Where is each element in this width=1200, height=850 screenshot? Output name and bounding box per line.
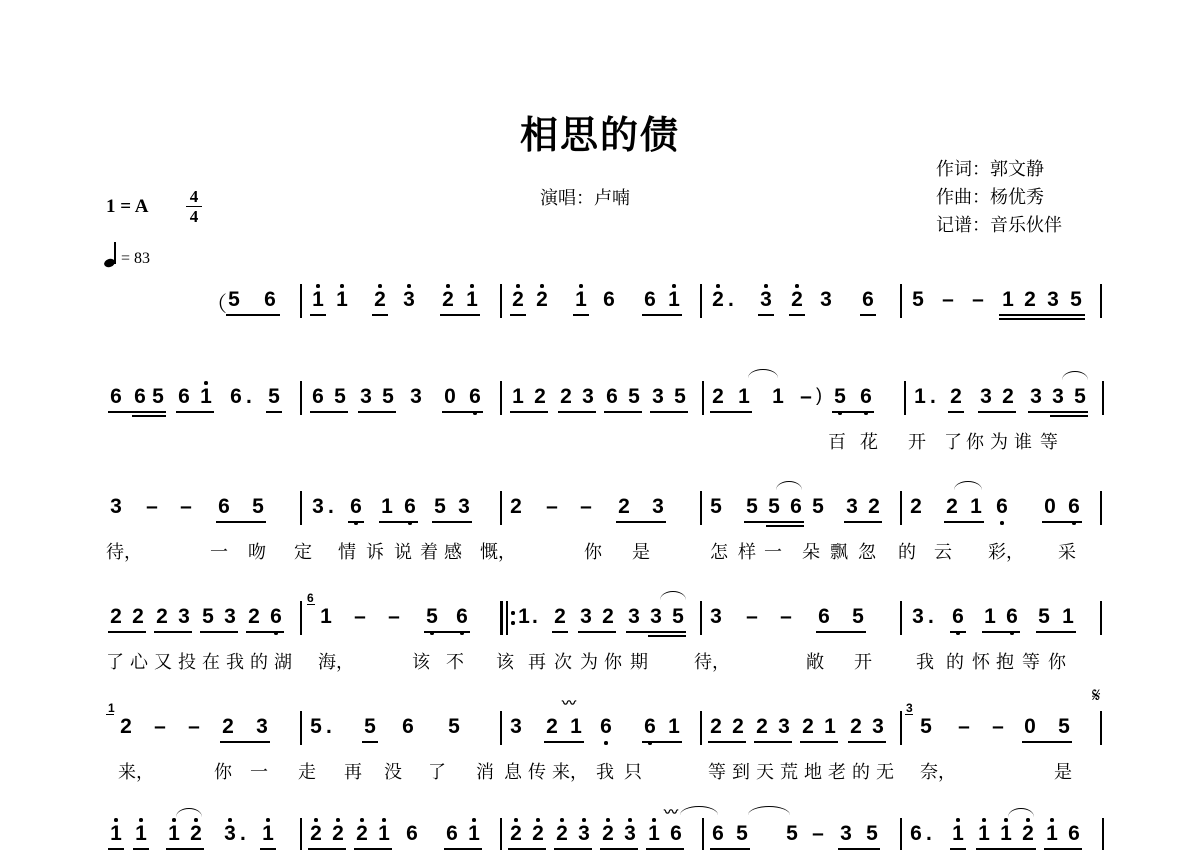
jianpu-note: 5 [250,495,266,519]
barline [904,381,906,415]
slur-mark [1008,808,1034,817]
high-octave-dot [194,818,198,822]
lyric-syllable: 了 [428,758,446,784]
jianpu-note: 6 [404,822,420,846]
high-octave-dot [795,284,799,288]
jianpu-note: 3 [310,495,326,519]
beam-underline [604,411,642,413]
composer-credit: 作曲：杨优秀 [936,184,1062,212]
jianpu-note: 2 [108,605,124,629]
low-octave-dot [1000,521,1004,525]
lyric-syllable: 是 [632,538,650,564]
beam-underline [758,314,774,316]
lyric-syllable: 样 [738,538,756,564]
high-octave-dot [982,818,986,822]
jianpu-note: – [970,288,986,312]
beam-underline [708,741,746,743]
trill-mark: 〰 [562,693,576,713]
lyric-syllable: 着 [420,538,438,564]
high-octave-dot [172,818,176,822]
beam-underline [950,848,966,850]
lyric-syllable: 不 [446,648,464,674]
beam-underline [650,411,688,413]
lyricist-credit: 作词：郭文静 [936,156,1062,184]
dot-duration: . [926,822,932,846]
jianpu-note: 2 [944,495,960,519]
high-octave-dot [407,284,411,288]
lyric-syllable: 次 [554,648,572,674]
beam-underline [578,631,616,633]
jianpu-note: 1 [108,822,124,846]
jianpu-note: 3 [576,822,592,846]
jianpu-note: 2 [710,288,726,312]
jianpu-note: 6 [108,385,124,409]
lyric-syllable: 海， [318,648,354,674]
jianpu-note: 3 [818,288,834,312]
lyric-syllable: 地 [804,758,822,784]
beam-underline [220,741,270,743]
beam-underline [308,848,346,850]
beam-underline [754,741,792,743]
lyric-syllable: 飘 [830,538,848,564]
lyric-syllable: 慨， [480,538,516,564]
barline [700,601,702,635]
jianpu-note: 3 [626,605,642,629]
beam-underline [544,741,584,743]
jianpu-note: 2 [154,605,170,629]
jianpu-note: 3 [648,605,664,629]
dot-duration: . [728,288,734,312]
transcriber-credit: 记谱：音乐伙伴 [936,212,1062,240]
beam-underline [310,411,348,413]
high-octave-dot [516,284,520,288]
beam-underline [558,411,596,413]
jianpu-note: 2 [789,288,805,312]
lyric-syllable: 开 [854,648,872,674]
jianpu-note: 2 [534,288,550,312]
jianpu-note: 6 [467,385,483,409]
jianpu-note: – [544,495,560,519]
jianpu-note: 3 [910,605,926,629]
lyric-syllable: 百 [828,428,846,454]
jianpu-note: 5 [1072,385,1088,409]
dot-duration: . [326,715,332,739]
beam-underline [816,631,866,633]
trill-mark: 〰 [664,802,678,822]
jianpu-note: 2 [616,495,632,519]
high-octave-dot [764,284,768,288]
jianpu-note: 3 [1028,385,1044,409]
repeat-dot [511,611,515,615]
lyric-syllable: 抱 [996,648,1014,674]
jianpu-note: 6 [1066,822,1082,846]
jianpu-note: 6 [216,495,232,519]
beam-underline [710,411,752,413]
jianpu-note: 5 [424,605,440,629]
jianpu-note: 1 [998,822,1014,846]
beam-underline [766,525,804,527]
jianpu-note: 1 [568,715,584,739]
jianpu-note: 3 [758,288,774,312]
jianpu-note: 1 [912,385,928,409]
high-octave-dot [139,818,143,822]
jianpu-note: 6 [788,495,804,519]
beam-underline [860,314,876,316]
lyric-syllable: 情 [338,538,356,564]
time-signature-bottom: 4 [186,208,202,225]
lyric-syllable: 来， [118,758,154,784]
barline [1102,381,1104,415]
jianpu-note: – [940,288,956,312]
jianpu-note: 6 [400,715,416,739]
beam-underline [176,411,214,413]
beam-underline [832,411,874,413]
beam-underline [789,314,805,316]
lyric-syllable: 怀 [972,648,990,674]
slur-mark [748,806,790,815]
jianpu-note: 6 [348,495,364,519]
beam-underline [440,314,480,316]
jianpu-note: 5 [1068,288,1084,312]
lyric-syllable: 等 [708,758,726,784]
segno-icon: 𝄋 [1092,683,1101,707]
lyric-syllable: 消 [476,758,494,784]
high-octave-dot [378,284,382,288]
high-octave-dot [1004,818,1008,822]
slur-mark [680,806,718,815]
jianpu-note: 3 [176,605,192,629]
high-octave-dot [560,818,564,822]
beam-underline [800,741,838,743]
jianpu-note: 3 [844,495,860,519]
jianpu-note: 5 [910,288,926,312]
slur-mark [776,481,802,490]
jianpu-note: 3 [776,715,792,739]
beam-underline [838,848,880,850]
lyric-syllable: 是 [1054,758,1072,784]
high-octave-dot [628,818,632,822]
high-octave-dot [536,818,540,822]
singer-credit: 演唱：卢喃 [540,184,630,210]
beam-underline [554,848,592,850]
lyric-syllable: 朵 [802,538,820,564]
jianpu-note: 2 [118,715,134,739]
dot-duration: . [928,605,934,629]
barline [300,818,302,850]
beam-underline [976,848,1036,850]
lyric-syllable: 为 [580,648,598,674]
lyric-syllable: 待， [106,538,142,564]
jianpu-note: 6 [950,605,966,629]
barline [300,284,302,318]
jianpu-note: 6 [454,605,470,629]
barline [500,491,502,525]
dot-duration: . [246,385,252,409]
jianpu-note: 2 [600,822,616,846]
jianpu-note: 2 [220,715,236,739]
lyric-syllable: 一 [250,758,268,784]
lyric-syllable: 为 [990,428,1008,454]
jianpu-note: 3 [978,385,994,409]
jianpu-note: 6 [228,385,244,409]
jianpu-note: 3 [870,715,886,739]
lyric-syllable: 说 [394,538,412,564]
song-title: 相思的债 [0,104,1200,159]
barline [300,601,302,635]
lyric-syllable: 彩， [988,538,1024,564]
barline [1100,711,1102,745]
jianpu-note: 5 [832,385,848,409]
lyric-syllable: 了 [106,648,124,674]
lyric-syllable: 我 [916,648,934,674]
jianpu-note: 2 [1000,385,1016,409]
jianpu-note: 5 [744,495,760,519]
jianpu-note: 1 [516,605,532,629]
barline [1102,818,1104,850]
beam-underline [372,314,388,316]
beam-underline [642,314,682,316]
jianpu-note: 5 [1056,715,1072,739]
jianpu-note: 6 [908,822,924,846]
jianpu-note: 2 [710,385,726,409]
high-octave-dot [470,284,474,288]
lyric-syllable: 来， [552,758,588,784]
jianpu-note: 5 [784,822,800,846]
lyric-syllable: 荒 [780,758,798,784]
beam-underline [1022,741,1072,743]
high-octave-dot [1050,818,1054,822]
lyric-syllable: 你 [1048,648,1066,674]
lyric-syllable: 你 [584,538,602,564]
beam-underline [999,318,1085,320]
barline [702,381,704,415]
jianpu-note: 6 [444,822,460,846]
grace-note: 3 [906,701,913,715]
lyric-syllable: 你 [604,648,622,674]
jianpu-note: 2 [508,822,524,846]
key-signature: 1 = A [106,196,149,218]
lyric-syllable: 你 [966,428,984,454]
lyric-syllable: 我 [596,758,614,784]
close-paren: ) [816,385,822,406]
lyric-syllable: 湖 [274,648,292,674]
jianpu-note: 3 [1050,385,1066,409]
beam-underline [132,415,166,417]
beam-underline [166,848,204,850]
lyric-syllable: 敞 [806,648,824,674]
jianpu-note: 6 [601,288,617,312]
slur-mark [748,369,778,378]
jianpu-note: 1 [376,822,392,846]
lyric-syllable: 再 [344,758,362,784]
lyric-syllable: 等 [1040,428,1058,454]
lyric-syllable: 该 [496,648,514,674]
beam-underline [978,411,1016,413]
lyric-syllable: 奈， [920,758,956,784]
jianpu-note: 2 [532,385,548,409]
jianpu-note: 5 [918,715,934,739]
jianpu-note: 6 [994,495,1010,519]
jianpu-note: 1 [510,385,526,409]
jianpu-note: 2 [708,715,724,739]
beam-underline [310,314,326,316]
jianpu-note: 5 [308,715,324,739]
jianpu-note: 6 [668,822,684,846]
slur-mark [176,808,202,817]
lyric-syllable: 诉 [366,538,384,564]
jianpu-note: 3 [508,715,524,739]
jianpu-note: 2 [600,605,616,629]
lyric-syllable: 一 [764,538,782,564]
jianpu-note: 2 [510,288,526,312]
beam-underline [844,521,882,523]
high-octave-dot [360,818,364,822]
jianpu-note: 1 [666,288,682,312]
jianpu-note: 2 [372,288,388,312]
jianpu-note: 2 [908,495,924,519]
lyric-syllable: 再 [528,648,546,674]
dot-duration: . [328,495,334,519]
high-octave-dot [716,284,720,288]
jianpu-note: – [744,605,760,629]
beam-underline [982,631,1020,633]
high-octave-dot [336,818,340,822]
jianpu-note: 5 [810,495,826,519]
jianpu-note: 6 [642,715,658,739]
jianpu-note: 3 [622,822,638,846]
jianpu-note: 2 [246,605,262,629]
jianpu-note: – [778,605,794,629]
high-octave-dot [514,818,518,822]
jianpu-note: 1 [310,288,326,312]
beam-underline [510,411,548,413]
beam-underline [1042,521,1082,523]
beam-underline [432,521,472,523]
jianpu-note: 3 [254,715,270,739]
beam-underline [948,411,964,413]
jianpu-note: 1 [770,385,786,409]
beam-underline [744,521,804,523]
barline [702,818,704,850]
barline [1100,491,1102,525]
beam-underline [600,848,638,850]
barline [500,381,502,415]
high-octave-dot [446,284,450,288]
jianpu-note: 5 [226,288,242,312]
beam-underline [362,741,378,743]
quarter-note-icon [104,242,118,268]
jianpu-note: 3 [222,822,238,846]
lyric-syllable: 老 [828,758,846,784]
jianpu-note: 3 [650,385,666,409]
lyric-syllable: 无 [876,758,894,784]
high-octave-dot [579,284,583,288]
high-octave-dot [204,381,208,385]
jianpu-note: 5 [200,605,216,629]
beam-underline [648,635,686,637]
high-octave-dot [314,818,318,822]
jianpu-note: 2 [308,822,324,846]
jianpu-note: 3 [456,495,472,519]
beam-underline [1036,631,1076,633]
jianpu-note: 5 [446,715,462,739]
high-octave-dot [228,818,232,822]
tempo-marking: = 83 [104,242,150,268]
beam-underline [950,631,966,633]
jianpu-note: – [386,605,402,629]
jianpu-note: 1 [464,288,480,312]
low-octave-dot [604,741,608,745]
jianpu-note: 5 [864,822,880,846]
jianpu-note: 5 [670,605,686,629]
jianpu-note: 2 [552,605,568,629]
jianpu-note: 2 [330,822,346,846]
lyric-syllable: 该 [412,648,430,674]
lyric-syllable: 开 [908,428,926,454]
jianpu-note: 6 [402,495,418,519]
jianpu-note: – [798,385,814,409]
jianpu-note: 3 [838,822,854,846]
jianpu-note: 6 [642,288,658,312]
jianpu-note: 1 [976,822,992,846]
lyric-syllable: 投 [178,648,196,674]
jianpu-note: 1 [260,822,276,846]
jianpu-note: 2 [730,715,746,739]
jianpu-note: 1 [573,288,589,312]
jianpu-note: 2 [800,715,816,739]
lyric-syllable: 心 [130,648,148,674]
jianpu-note: 5 [150,385,166,409]
jianpu-note: 5 [672,385,688,409]
jianpu-note: 2 [754,715,770,739]
beam-underline [424,631,470,633]
beam-underline [216,521,266,523]
lyric-syllable: 谁 [1014,428,1032,454]
barline [500,284,502,318]
repeat-dot [511,621,515,625]
high-octave-dot [1026,818,1030,822]
jianpu-note: 1 [950,822,966,846]
beam-underline [348,521,364,523]
lyric-syllable: 传 [528,758,546,784]
lyric-syllable: 等 [1022,648,1040,674]
jianpu-note: 2 [188,822,204,846]
beam-underline [626,631,686,633]
jianpu-note: 2 [130,605,146,629]
jianpu-note: 6 [604,385,620,409]
barline [300,491,302,525]
jianpu-note: 6 [816,605,832,629]
lyric-syllable: 只 [624,758,642,784]
beam-underline [260,848,276,850]
jianpu-note: 5 [362,715,378,739]
lyric-syllable: 的 [946,648,964,674]
lyric-syllable: 定 [294,538,312,564]
jianpu-note: 1 [466,822,482,846]
jianpu-note: – [956,715,972,739]
lyric-syllable: 走 [298,758,316,784]
barline [900,491,902,525]
jianpu-note: 2 [558,385,574,409]
jianpu-note: 5 [432,495,448,519]
jianpu-note: 2 [1022,288,1038,312]
lyric-syllable: 忽 [858,538,876,564]
barline [700,491,702,525]
grace-beam [905,714,913,715]
jianpu-note: 3 [1045,288,1061,312]
high-octave-dot [114,818,118,822]
high-octave-dot [582,818,586,822]
